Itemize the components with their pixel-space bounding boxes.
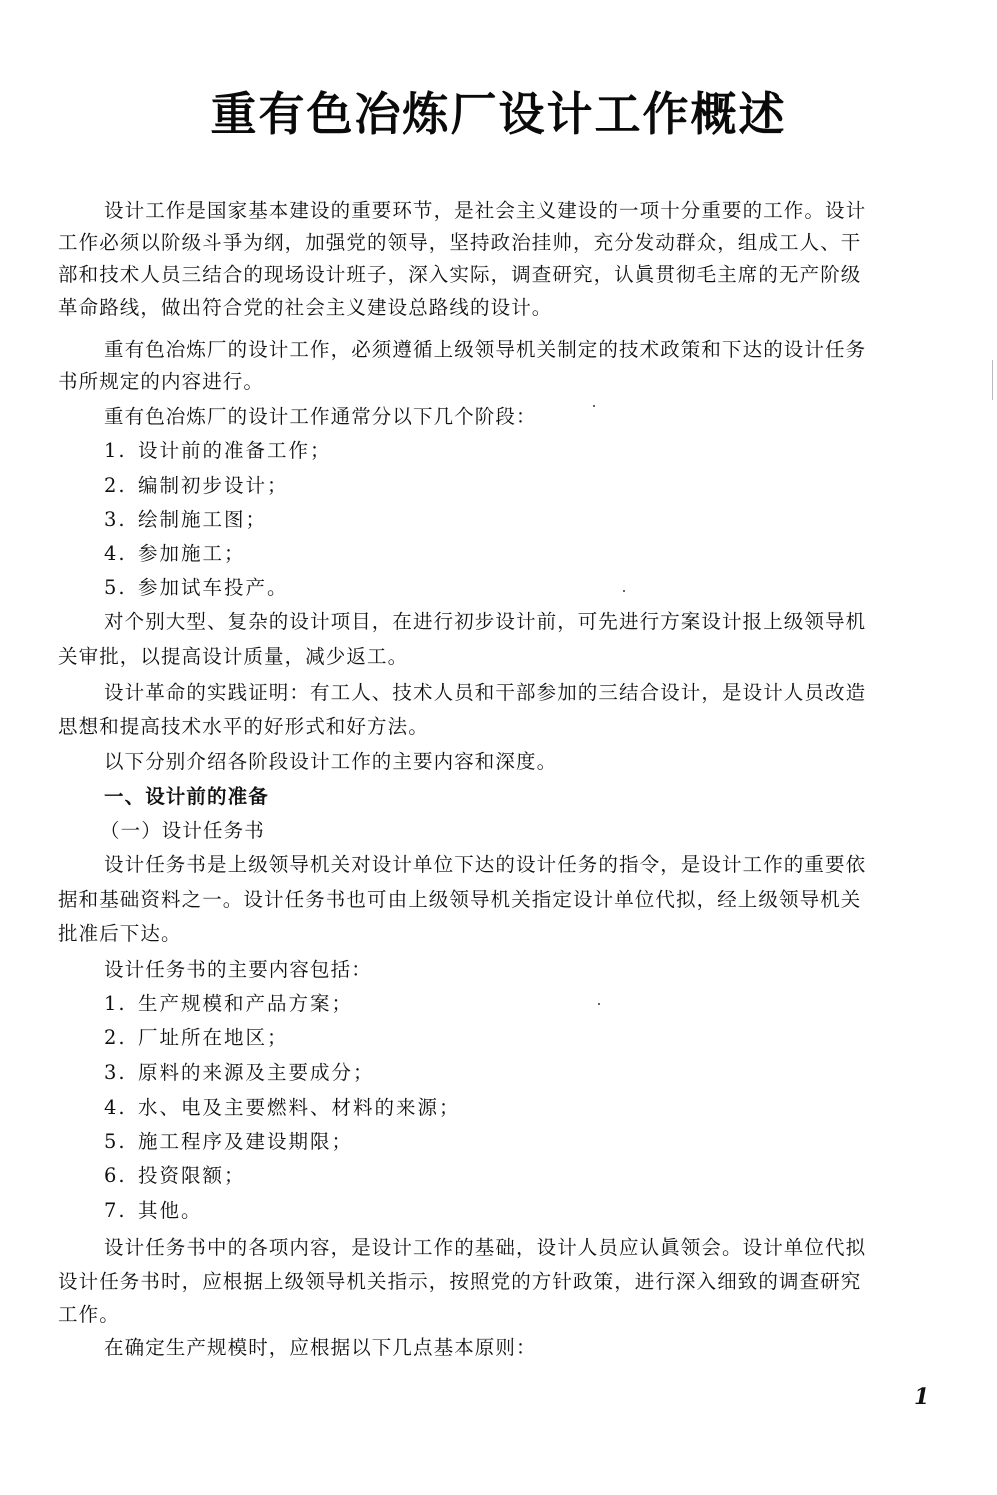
scan-edge-mark — [992, 360, 993, 400]
content-item: 6.投资限额； — [104, 1164, 246, 1188]
content-item: 5.施工程序及建设期限； — [104, 1130, 353, 1154]
paragraph-line: 思想和提高技术水平的好形式和好方法。 — [58, 715, 958, 739]
content-item: 2.厂址所在地区； — [104, 1026, 289, 1050]
stage-item: 1.设计前的准备工作； — [104, 439, 332, 463]
section-heading: 一、设计前的准备 — [104, 785, 997, 809]
scan-speck — [598, 1003, 600, 1005]
page-number: 1 — [914, 1384, 929, 1410]
paragraph-line: 以下分别介绍各阶段设计工作的主要内容和深度。 — [104, 750, 997, 774]
paragraph-line: 据和基础资料之一。设计任务书也可由上级领导机关指定设计单位代拟，经上级领导机关 — [58, 888, 958, 912]
paragraph-line: 批准后下达。 — [58, 922, 958, 946]
content-item: 1.生产规模和产品方案； — [104, 992, 353, 1016]
paragraph-line: 设计任务书中的各项内容，是设计工作的基础，设计人员应认眞领会。设计单位代拟 — [104, 1236, 997, 1260]
content-item: 7.其他。 — [104, 1199, 203, 1223]
paragraph-line: 工作必须以阶级斗爭为纲，加强党的领导，坚持政治挂帅，充分发动群众，组成工人、干 — [58, 231, 958, 255]
paragraph-line: 关审批，以提高设计质量，减少返工。 — [58, 645, 958, 669]
paragraph-line: 设计任务书时，应根据上级领导机关指示，按照党的方针政策，进行深入细致的调查研究 — [58, 1270, 958, 1294]
content-item: 4.水、电及主要燃料、材料的来源； — [104, 1096, 461, 1120]
content-item: 3.原料的来源及主要成分； — [104, 1061, 375, 1085]
stage-item: 5.参加试车投产。 — [104, 576, 289, 600]
paragraph-line: 工作。 — [58, 1303, 958, 1327]
paragraph-line: 对个别大型、复杂的设计项目，在进行初步设计前，可先进行方案设计报上级领导机 — [104, 610, 997, 634]
subsection-heading: （一）设计任务书 — [100, 819, 997, 843]
paragraph-line: 设计任务书是上级领导机关对设计单位下达的设计任务的指令，是设计工作的重要依 — [104, 853, 997, 877]
stage-item: 2.编制初步设计； — [104, 474, 289, 498]
paragraph-line: 重有色冶炼厂的设计工作通常分以下几个阶段： — [104, 405, 997, 429]
paragraph-line: 重有色冶炼厂的设计工作，必须遵循上级领导机关制定的技术政策和下达的设计任务 — [104, 338, 997, 362]
stage-item: 3.绘制施工图； — [104, 508, 267, 532]
paragraph-line: 部和技术人员三结合的现场设计班子，深入实际，调查研究，认眞贯彻毛主席的无产阶级 — [58, 263, 958, 287]
document-page: 重有色冶炼厂设计工作概述 设计工作是国家基本建设的重要环节，是社会主义建设的一项… — [0, 0, 997, 1495]
paragraph-line: 书所规定的内容进行。 — [58, 370, 958, 394]
paragraph-line: 革命路线，做出符合党的社会主义建设总路线的设计。 — [58, 296, 958, 320]
page-title: 重有色冶炼厂设计工作概述 — [0, 78, 997, 144]
paragraph-line: 在确定生产规模时，应根据以下几点基本原则： — [104, 1336, 997, 1360]
paragraph-line: 设计工作是国家基本建设的重要环节，是社会主义建设的一项十分重要的工作。设计 — [104, 199, 997, 223]
stage-item: 4.参加施工； — [104, 542, 246, 566]
scan-speck — [623, 590, 625, 592]
paragraph-line: 设计任务书的主要内容包括： — [104, 958, 997, 982]
paragraph-line: 设计革命的实践证明：有工人、技术人员和干部参加的三结合设计，是设计人员改造 — [104, 681, 997, 705]
